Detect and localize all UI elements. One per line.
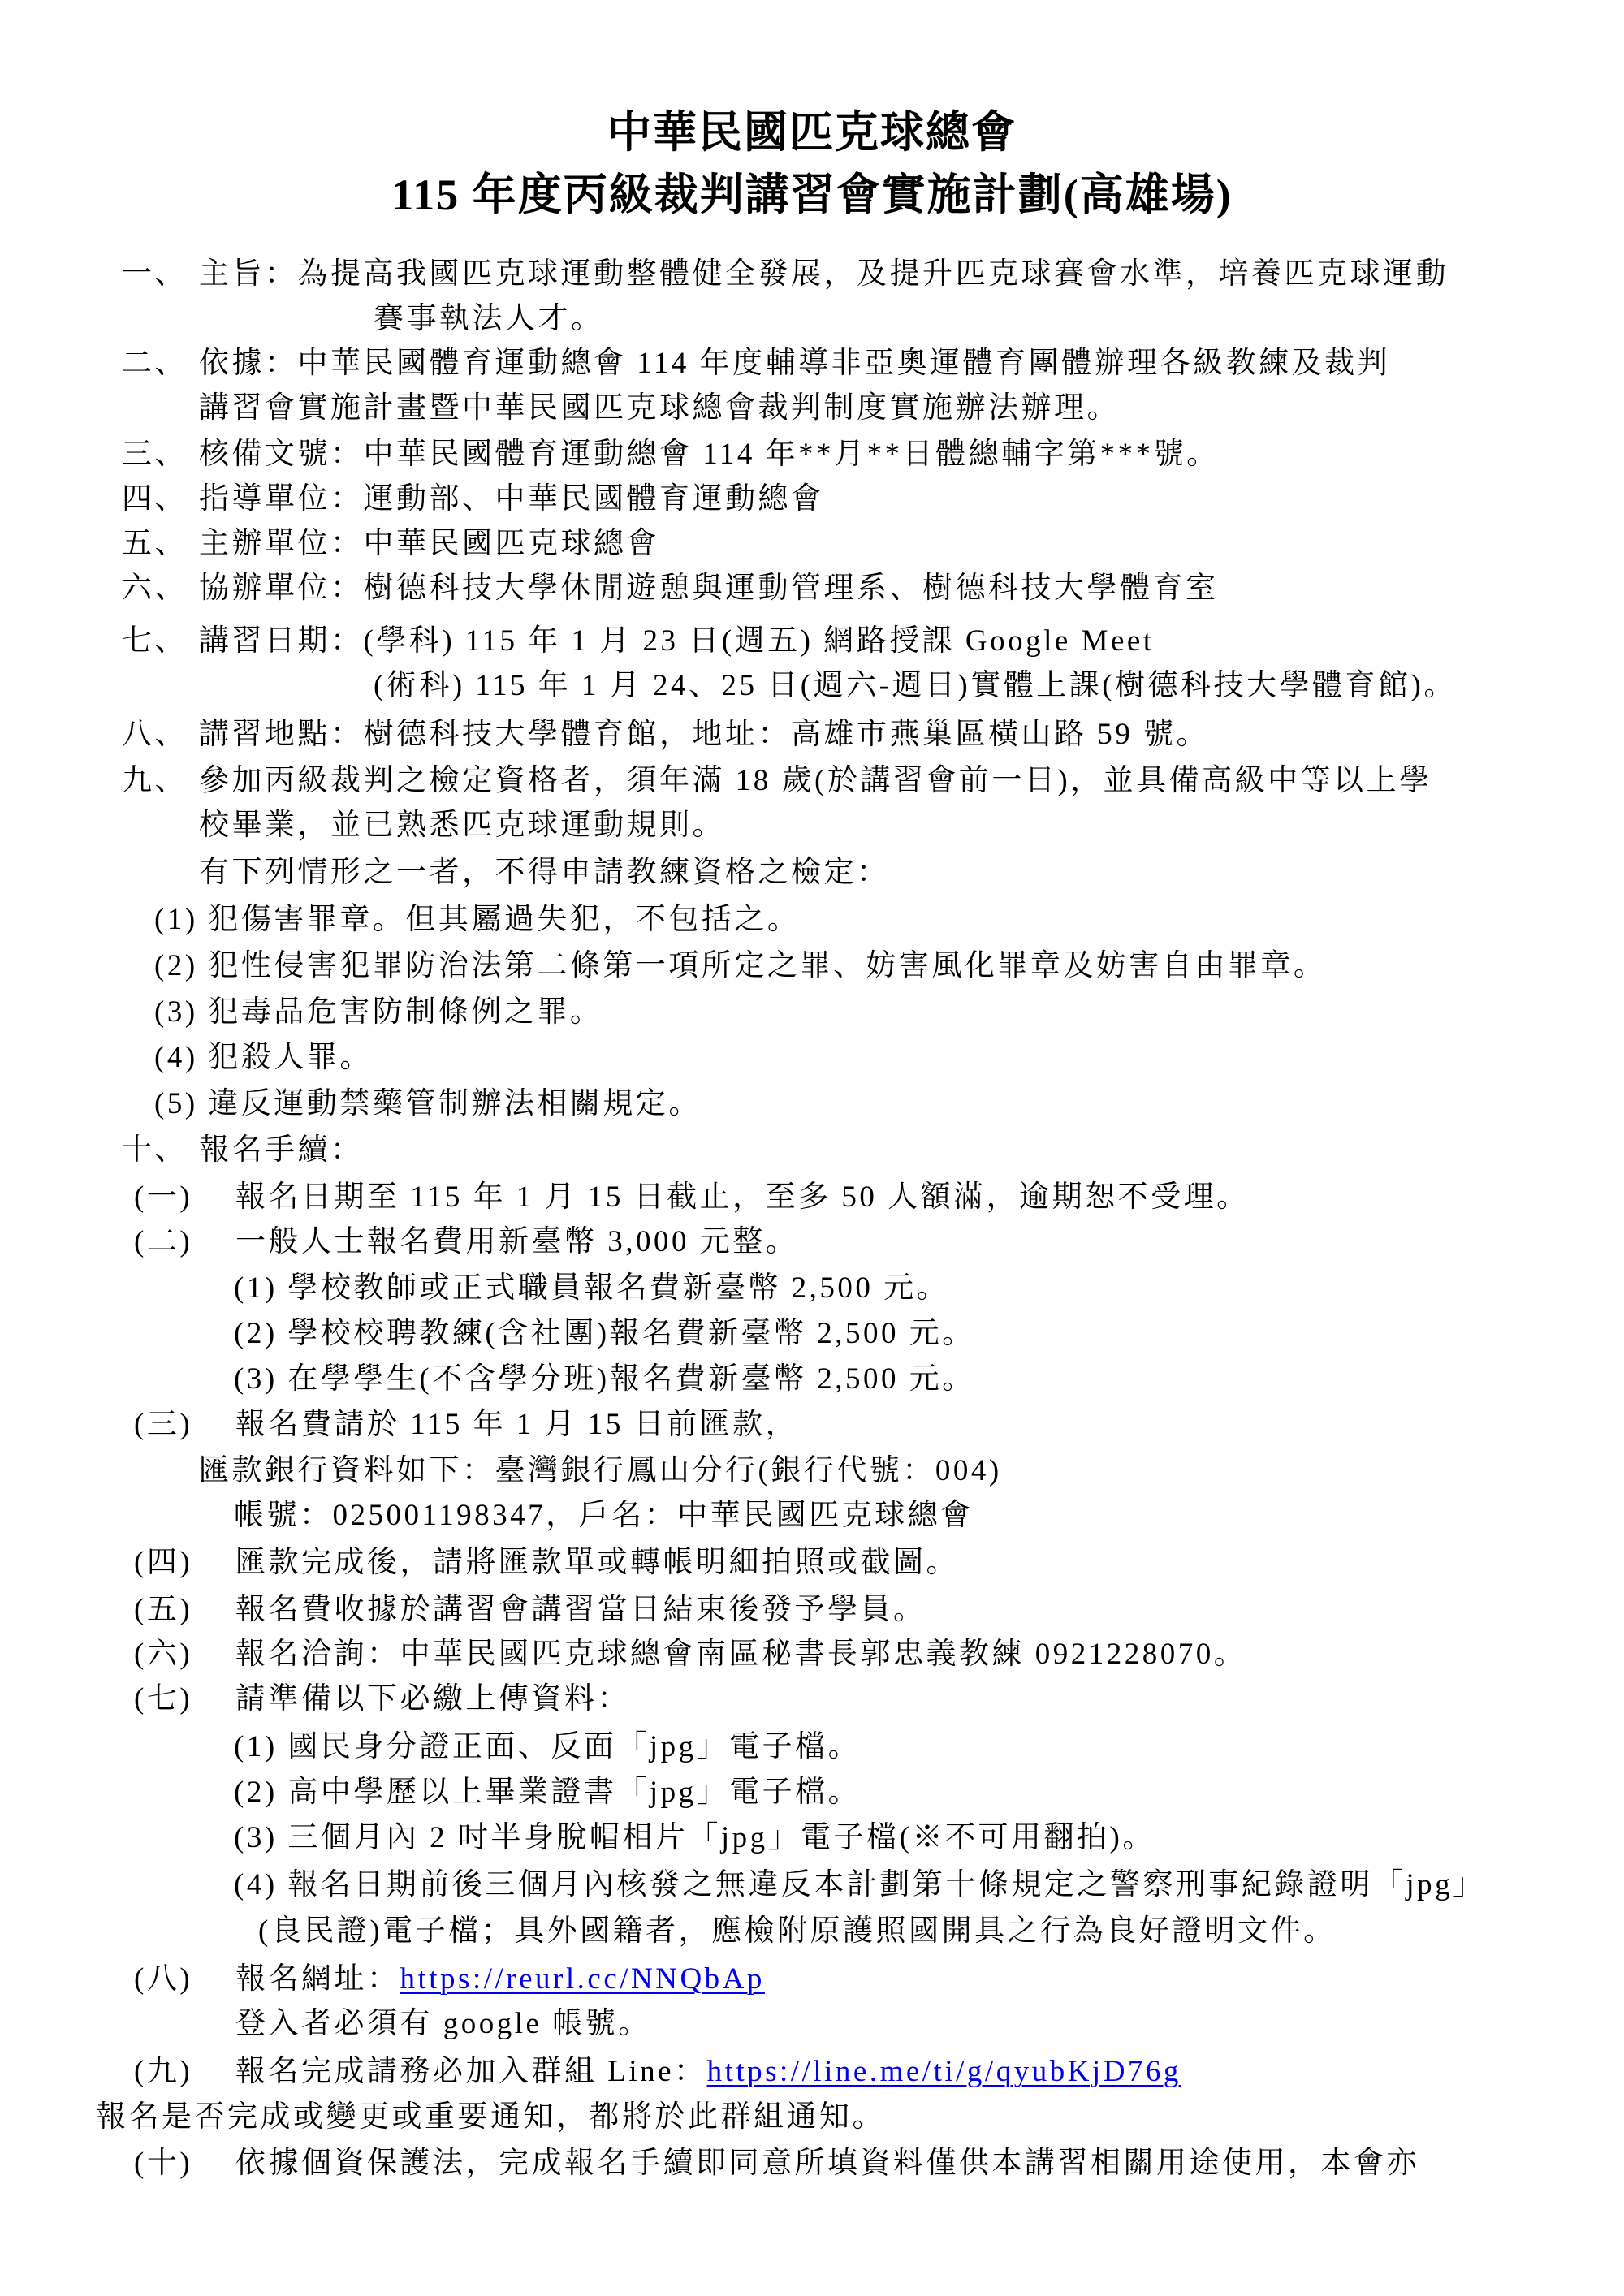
item-number: (六) (134, 1634, 235, 1675)
fee-subitem: (3) 在學學生(不含學分班)報名費新臺幣 2,500 元。 (234, 1359, 975, 1400)
document-subitem: (4) 報名日期前後三個月內核發之無違反本計劃第十條規定之警察刑事紀錄證明「jp… (234, 1865, 1486, 1905)
line-group-note: 報名是否完成或變更或重要通知，都將於此群組通知。 (96, 2097, 885, 2138)
section-label: 報名手續： (199, 1133, 364, 1167)
section-4-supervising-unit: 四、指導單位：運動部、中華民國體育運動總會 (122, 479, 824, 520)
disqualification-item: (2) 犯性侵害犯罪防治法第二條第一項所定之罪、妨害風化罪章及妨害自由罪章。 (154, 946, 1326, 986)
section-number: 十、 (122, 1130, 199, 1171)
item-number: (五) (134, 1590, 235, 1630)
item-text: 一般人士報名費用新臺幣 3,000 元整。 (235, 1225, 798, 1258)
contact-info: (六)報名洽詢：中華民國匹克球總會南區秘書長郭忠義教練 0921228070。 (134, 1634, 1246, 1675)
section-number: 三、 (122, 434, 199, 475)
item-text: 請準備以下必繳上傳資料： (235, 1682, 630, 1716)
document-subitem-continuation: (良民證)電子檔；具外國籍者，應檢附原護照國開具之行為良好證明文件。 (258, 1911, 1337, 1952)
section-text: 中華民國體育運動總會 114 年度輔導非亞奧運體育團體辦理各級教練及裁判 (298, 347, 1391, 380)
disqualification-item: (4) 犯殺人罪。 (154, 1038, 373, 1078)
item-number: (八) (134, 1959, 235, 2000)
section-text: 運動部、中華民國體育運動總會 (364, 482, 824, 516)
section-7-practical-date: (術科) 115 年 1 月 24、25 日(週六-週日)實體上課(樹德科技大學… (374, 666, 1457, 706)
registration-url: (八)報名網址：https://reurl.cc/NNQbAp (134, 1959, 765, 2000)
document-title-plan: 115 年度丙級裁判講習會實施計劃(高雄場) (0, 166, 1624, 223)
item-number: (一) (134, 1177, 235, 1218)
item-text: 報名費收據於講習會講習當日結束後發予學員。 (235, 1593, 926, 1626)
disqualification-item: (3) 犯毒品危害防制條例之罪。 (154, 992, 603, 1033)
payment-proof: (四)匯款完成後，請將匯款單或轉帳明細拍照或截圖。 (134, 1543, 959, 1583)
registration-fee: (二)一般人士報名費用新臺幣 3,000 元整。 (134, 1222, 798, 1262)
section-label: 協辦單位： (199, 572, 364, 605)
item-text: 報名洽詢：中華民國匹克球總會南區秘書長郭忠義教練 0921228070。 (235, 1638, 1246, 1671)
section-text: (學科) 115 年 1 月 23 日(週五) 網路授課 Google Meet (364, 624, 1155, 658)
privacy-notice: (十)依據個資保護法，完成報名手續即同意所填資料僅供本講習相關用途使用，本會亦 (134, 2143, 1419, 2184)
document-subitem: (1) 國民身分證正面、反面「jpg」電子檔。 (234, 1727, 861, 1767)
item-label: 報名網址： (235, 1962, 400, 1996)
section-9-eligibility: 九、參加丙級裁判之檢定資格者，須年滿 18 歲(於講習會前一日)，並具備高級中等… (122, 761, 1432, 801)
bank-account: 帳號：025001198347，戶名：中華民國匹克球總會 (234, 1495, 974, 1536)
section-number: 四、 (122, 479, 199, 520)
section-label: 依據： (199, 347, 298, 380)
section-text: 樹德科技大學體育館，地址：高雄市燕巢區橫山路 59 號。 (364, 718, 1210, 751)
section-9-disqualification-intro: 有下列情形之一者，不得申請教練資格之檢定： (199, 852, 890, 893)
section-1-purpose: 一、主旨：為提高我國匹克球運動整體健全發展，及提升匹克球賽會水準，培養匹克球運動 (122, 254, 1449, 295)
item-number: (九) (134, 2052, 235, 2092)
section-3-approval-number: 三、核備文號：中華民國體育運動總會 114 年**月**日體總輔字第***號。 (122, 434, 1220, 475)
item-number: (三) (134, 1405, 235, 1445)
section-label: 主旨： (199, 257, 298, 291)
section-5-organizer: 五、主辦單位：中華民國匹克球總會 (122, 524, 659, 564)
item-text: 匯款完成後，請將匯款單或轉帳明細拍照或截圖。 (235, 1546, 959, 1579)
document-subitem: (3) 三個月內 2 吋半身脫帽相片「jpg」電子檔(※不可用翻拍)。 (234, 1818, 1155, 1858)
registration-deadline: (一)報名日期至 115 年 1 月 15 日截止，至多 50 人額滿，逾期恕不… (134, 1177, 1250, 1218)
section-number: 二、 (122, 343, 199, 384)
section-label: 講習日期： (199, 624, 364, 658)
section-number: 一、 (122, 254, 199, 295)
section-label: 核備文號： (199, 438, 364, 471)
section-text: 為提高我國匹克球運動整體健全發展，及提升匹克球賽會水準，培養匹克球運動 (298, 257, 1449, 291)
section-2-basis: 二、依據：中華民國體育運動總會 114 年度輔導非亞奧運體育團體辦理各級教練及裁… (122, 343, 1390, 384)
document-title-org: 中華民國匹克球總會 (0, 104, 1624, 161)
section-text: 中華民國體育運動總會 114 年**月**日體總輔字第***號。 (364, 438, 1220, 471)
item-text: 報名費請於 115 年 1 月 15 日前匯款， (235, 1408, 798, 1441)
section-text: 參加丙級裁判之檢定資格者，須年滿 18 歲(於講習會前一日)，並具備高級中等以上… (199, 764, 1432, 797)
item-text: 報名日期至 115 年 1 月 15 日截止，至多 50 人額滿，逾期恕不受理。 (235, 1180, 1250, 1214)
item-number: (四) (134, 1543, 235, 1583)
section-9-continuation: 校畢業，並已熟悉匹克球運動規則。 (199, 805, 725, 846)
registration-link[interactable]: https://reurl.cc/NNQbAp (400, 1962, 765, 1996)
section-7-dates: 七、講習日期：(學科) 115 年 1 月 23 日(週五) 網路授課 Goog… (122, 621, 1155, 662)
section-number: 五、 (122, 524, 199, 564)
registration-url-note: 登入者必須有 google 帳號。 (235, 2004, 651, 2044)
document-subitem: (2) 高中學歷以上畢業證書「jpg」電子檔。 (234, 1772, 861, 1813)
section-6-co-organizer: 六、協辦單位：樹德科技大學休閒遊憩與運動管理系、樹德科技大學體育室 (122, 568, 1219, 609)
bank-info: 匯款銀行資料如下：臺灣銀行鳳山分行(銀行代號：004) (199, 1451, 1002, 1491)
disqualification-item: (1) 犯傷害罪章。但其屬過失犯，不包括之。 (154, 900, 800, 940)
section-number: 九、 (122, 761, 199, 801)
payment-instructions: (三)報名費請於 115 年 1 月 15 日前匯款， (134, 1405, 798, 1445)
line-group-link[interactable]: https://line.me/ti/g/qyubKjD76g (707, 2055, 1181, 2088)
section-number: 六、 (122, 568, 199, 609)
fee-subitem: (2) 學校校聘教練(含社團)報名費新臺幣 2,500 元。 (234, 1314, 975, 1354)
section-text: 中華民國匹克球總會 (364, 527, 660, 560)
required-documents: (七)請準備以下必繳上傳資料： (134, 1679, 630, 1720)
section-8-location: 八、講習地點：樹德科技大學體育館，地址：高雄市燕巢區橫山路 59 號。 (122, 714, 1209, 755)
fee-subitem: (1) 學校教師或正式職員報名費新臺幣 2,500 元。 (234, 1268, 949, 1309)
section-number: 七、 (122, 621, 199, 662)
item-number: (七) (134, 1679, 235, 1720)
section-label: 講習地點： (199, 718, 364, 751)
section-text: 樹德科技大學休閒遊憩與運動管理系、樹德科技大學體育室 (364, 572, 1219, 605)
section-1-continuation: 賽事執法人才。 (374, 299, 604, 339)
section-label: 指導單位： (199, 482, 364, 516)
item-number: (二) (134, 1222, 235, 1262)
disqualification-item: (5) 違反運動禁藥管制辦法相關規定。 (154, 1084, 702, 1124)
line-group: (九)報名完成請務必加入群組 Line：https://line.me/ti/g… (134, 2052, 1181, 2092)
section-10-registration: 十、報名手續： (122, 1130, 364, 1171)
section-number: 八、 (122, 714, 199, 755)
item-number: (十) (134, 2143, 235, 2184)
item-text: 依據個資保護法，完成報名手續即同意所填資料僅供本講習相關用途使用，本會亦 (235, 2147, 1419, 2180)
section-label: 主辦單位： (199, 527, 364, 560)
section-2-continuation: 講習會實施計畫暨中華民國匹克球總會裁判制度實施辦法辦理。 (199, 388, 1120, 429)
receipt-info: (五)報名費收據於講習會講習當日結束後發予學員。 (134, 1590, 926, 1630)
item-label: 報名完成請務必加入群組 Line： (235, 2055, 707, 2088)
